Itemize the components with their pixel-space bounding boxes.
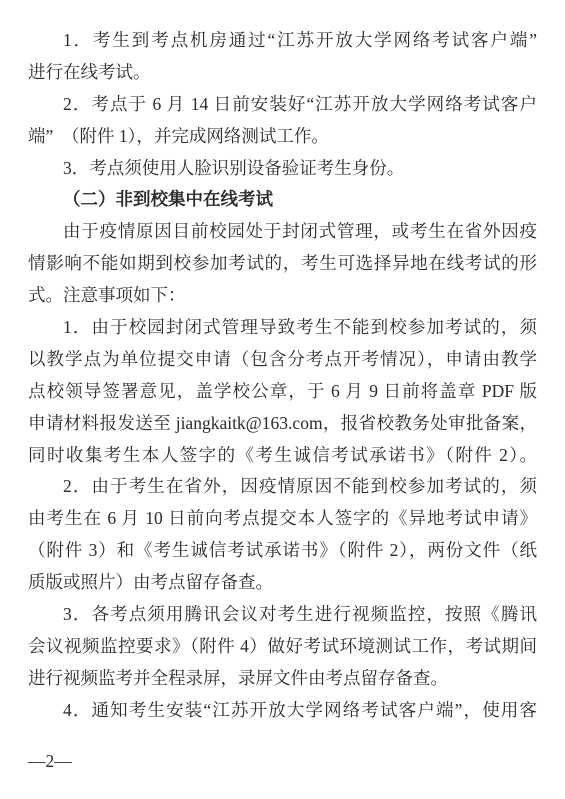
text-line: 会议视频监控要求》（附件 4）做好考试环境测试工作，考试期间	[28, 631, 537, 663]
text-line: 由考生在 6 月 10 日前向考点提交本人签字的《异地考试申请》	[28, 503, 537, 535]
page-number: —2—	[28, 750, 72, 772]
text-line: 由于疫情原因目前校园处于封闭式管理，或考生在省外因疫	[28, 216, 537, 248]
text-line: 情影响不能如期到校参加考试的，考生可选择异地在线考试的形	[28, 248, 537, 280]
text-line: （附件 3）和《考生诚信考试承诺书》（附件 2），两份文件（纸	[28, 535, 537, 567]
text-line: 4．通知考生安装“江苏开放大学网络考试客户端”，使用客	[28, 695, 537, 727]
text-line: 点校领导签署意见，盖学校公章，于 6 月 9 日前将盖章 PDF 版	[28, 376, 537, 408]
document-body: 1．考生到考点机房通过“江苏开放大学网络考试客户端” 进行在线考试。 2．考点于…	[28, 25, 537, 727]
text-line: 2．由于考生在省外，因疫情原因不能到校参加考试的，须	[28, 471, 537, 503]
text-line: 1．由于校园封闭式管理导致考生不能到校参加考试的，须	[28, 312, 537, 344]
text-line: 2．考点于 6 月 14 日前安装好“江苏开放大学网络考试客户	[28, 89, 537, 121]
text-line: 1．考生到考点机房通过“江苏开放大学网络考试客户端”	[28, 25, 537, 57]
text-line: 3．考点须使用人脸识别设备验证考生身份。	[28, 153, 537, 185]
text-line: 质版或照片）由考点留存备查。	[28, 567, 537, 599]
text-line: 式。注意事项如下：	[28, 280, 537, 312]
text-line: 同时收集考生本人签字的《考生诚信考试承诺书》（附件 2）。	[28, 440, 537, 472]
section-heading: （二）非到校集中在线考试	[28, 184, 537, 216]
text-line: 端” （附件 1），并完成网络测试工作。	[28, 121, 537, 153]
text-line: 以教学点为单位提交申请（包含分考点开考情况），申请由教学	[28, 344, 537, 376]
text-line: 进行视频监考并全程录屏，录屏文件由考点留存备查。	[28, 663, 537, 695]
text-line: 进行在线考试。	[28, 57, 537, 89]
text-line: 3．各考点须用腾讯会议对考生进行视频监控，按照《腾讯	[28, 599, 537, 631]
text-line: 申请材料报发送至 jiangkaitk@163.com，报省校教务处审批备案，	[28, 408, 537, 440]
document-page: { "document": { "body_lines": [ "1．考生到考点…	[0, 0, 565, 799]
